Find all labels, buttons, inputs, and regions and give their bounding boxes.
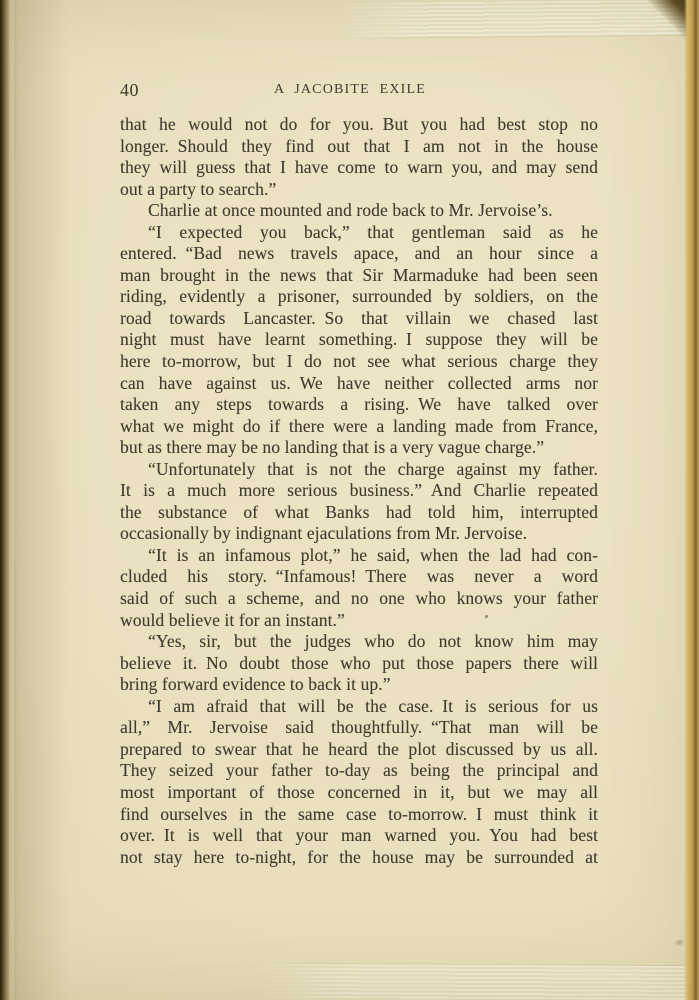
text-line: the substance of what Banks had told him… [120,502,598,524]
text-line: Charlie at once mounted and rode back to… [120,200,598,222]
text-line: can have against us. We have neither col… [120,373,598,395]
text-line: road towards Lancaster. So that villain … [120,308,598,330]
gilt-page-edge [684,0,699,1000]
text-line: but as there may be no landing that is a… [120,437,598,459]
text-line: prepared to swear that he heard the plot… [120,739,598,761]
text-line: “Yes, sir, but the judges who do not kno… [120,631,598,653]
scanned-book-page: 40 A JACOBITE EXILE that he would not do… [0,0,699,1000]
text-line: that he would not do for you. But you ha… [120,114,598,136]
text-line: taken any steps towards a rising. We hav… [120,394,598,416]
text-line: bring forward evidence to back it up.” [120,674,598,696]
text-line: They seized your father to-day as being … [120,760,598,782]
text-line: “Unfortunately that is not the charge ag… [120,459,598,481]
body-text: that he would not do for you. But you ha… [120,114,598,868]
text-line: said of such a scheme, and no one who kn… [120,588,598,610]
text-line: all,” Mr. Jervoise said thoughtfully. “T… [120,717,598,739]
text-line: “It is an infamous plot,” he said, when … [120,545,598,567]
text-line: out a party to search.” [120,179,598,201]
text-line: “I expected you back,” that gentleman sa… [120,222,598,244]
running-title: A JACOBITE EXILE [274,82,426,98]
text-line: night must have learnt something. I supp… [120,329,598,351]
text-line: here to-morrow, but I do not see what se… [120,351,598,373]
book-page-edges-top [338,0,685,39]
text-line: would believe it for an instant.” [120,610,598,632]
text-line: riding, evidently a prisoner, surrounded… [120,286,598,308]
binding-shadow [14,0,69,1000]
text-line: cluded his story. “Infamous! There was n… [120,566,598,588]
running-header: 40 A JACOBITE EXILE [120,80,598,98]
text-line: believe it. No doubt those who put those… [120,653,598,675]
page-number: 40 [120,80,139,101]
text-line: not stay here to-night, for the house ma… [120,847,598,869]
text-line: longer. Should they find out that I am n… [120,136,598,158]
paper-smudge [674,939,685,946]
text-line: most important of those concerned in it,… [120,782,598,804]
text-line: entered. “Bad news travels apace, and an… [120,243,598,265]
print-artifact-dot [485,615,488,618]
text-line: find ourselves in the same case to-morro… [120,804,598,826]
text-line: man brought in the news that Sir Marmadu… [120,265,598,287]
text-line: occasionally by indignant ejaculations f… [120,523,598,545]
text-line: “I am afraid that will be the case. It i… [120,696,598,718]
text-line: over. It is well that your man warned yo… [120,825,598,847]
text-line: It is a much more serious business.” And… [120,480,598,502]
text-line: they will guess that I have come to warn… [120,157,598,179]
text-line: what we might do if there were a landing… [120,416,598,438]
book-page-edges-bottom [252,963,689,1000]
